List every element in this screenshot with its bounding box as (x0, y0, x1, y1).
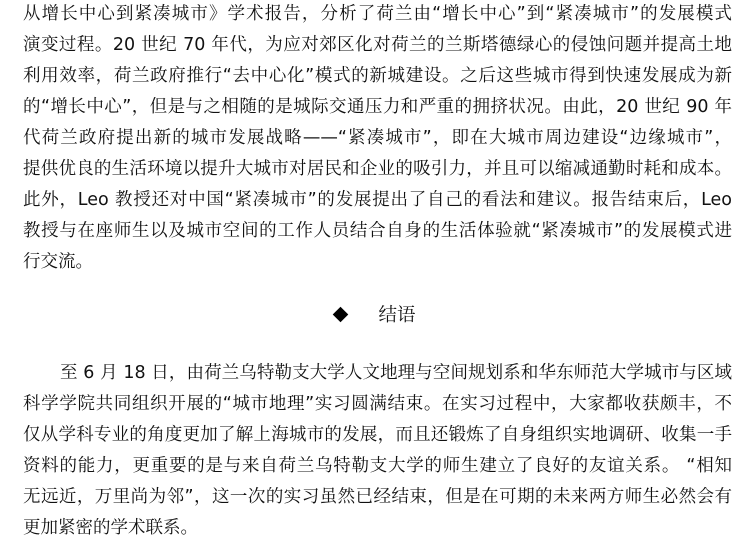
text-line: 资料的能力，更重要的是与来自荷兰乌特勒支大学的师生建立了良好的友谊关系。 “相知 (23, 451, 732, 482)
text-line: 行交流。 (23, 247, 732, 278)
text-line: 无远近，万里尚为邻”，这一次的实习虽然已经结束，但是在可期的未来两方师生必然会有 (23, 482, 732, 513)
section-heading-title: 结语 (378, 305, 415, 326)
section-heading: 结语 (23, 300, 732, 332)
text-line: 更加紧密的学术联系。 (23, 513, 732, 544)
text-line: 仅从学科专业的角度更加了解上海城市的发展，而且还锻炼了自身组织实地调研、收集一手 (23, 420, 732, 451)
text-line: 从增长中心到紧凑城市》学术报告，分析了荷兰由“增长中心”到“紧凑城市”的发展模式 (23, 0, 732, 30)
text-line: 演变过程。20 世纪 70 年代，为应对郊区化对荷兰的兰斯塔德绿心的侵蚀问题并提… (23, 30, 732, 61)
paragraph-report-summary: 从增长中心到紧凑城市》学术报告，分析了荷兰由“增长中心”到“紧凑城市”的发展模式… (23, 0, 732, 278)
text-line: 科学学院共同组织开展的“城市地理”实习圆满结束。在实习过程中，大家都收获颇丰，不 (23, 389, 732, 420)
text-line: 此外，Leo 教授还对中国“紧凑城市”的发展提出了自己的看法和建议。报告结束后，… (23, 185, 732, 216)
text-line: 至 6 月 18 日，由荷兰乌特勒支大学人文地理与空间规划系和华东师范大学城市与… (23, 358, 732, 389)
text-line: 提供优良的生活环境以提升大城市对居民和企业的吸引力，并且可以缩减通勤时耗和成本。 (23, 154, 732, 185)
text-line: 代荷兰政府提出新的城市发展战略——“紧凑城市”，即在大城市周边建设“边缘城市”， (23, 123, 732, 154)
text-line: 利用效率，荷兰政府推行“去中心化”模式的新城建设。之后这些城市得到快速发展成为新 (23, 61, 732, 92)
text-line: 教授与在座师生以及城市空间的工作人员结合自身的生活体验就“紧凑城市”的发展模式进 (23, 216, 732, 247)
paragraph-conclusion: 至 6 月 18 日，由荷兰乌特勒支大学人文地理与空间规划系和华东师范大学城市与… (23, 358, 732, 544)
text-line: 的“增长中心”，但是与之相随的是城际交通压力和严重的拥挤状况。由此，20 世纪 … (23, 92, 732, 123)
diamond-bullet-icon (333, 306, 349, 322)
